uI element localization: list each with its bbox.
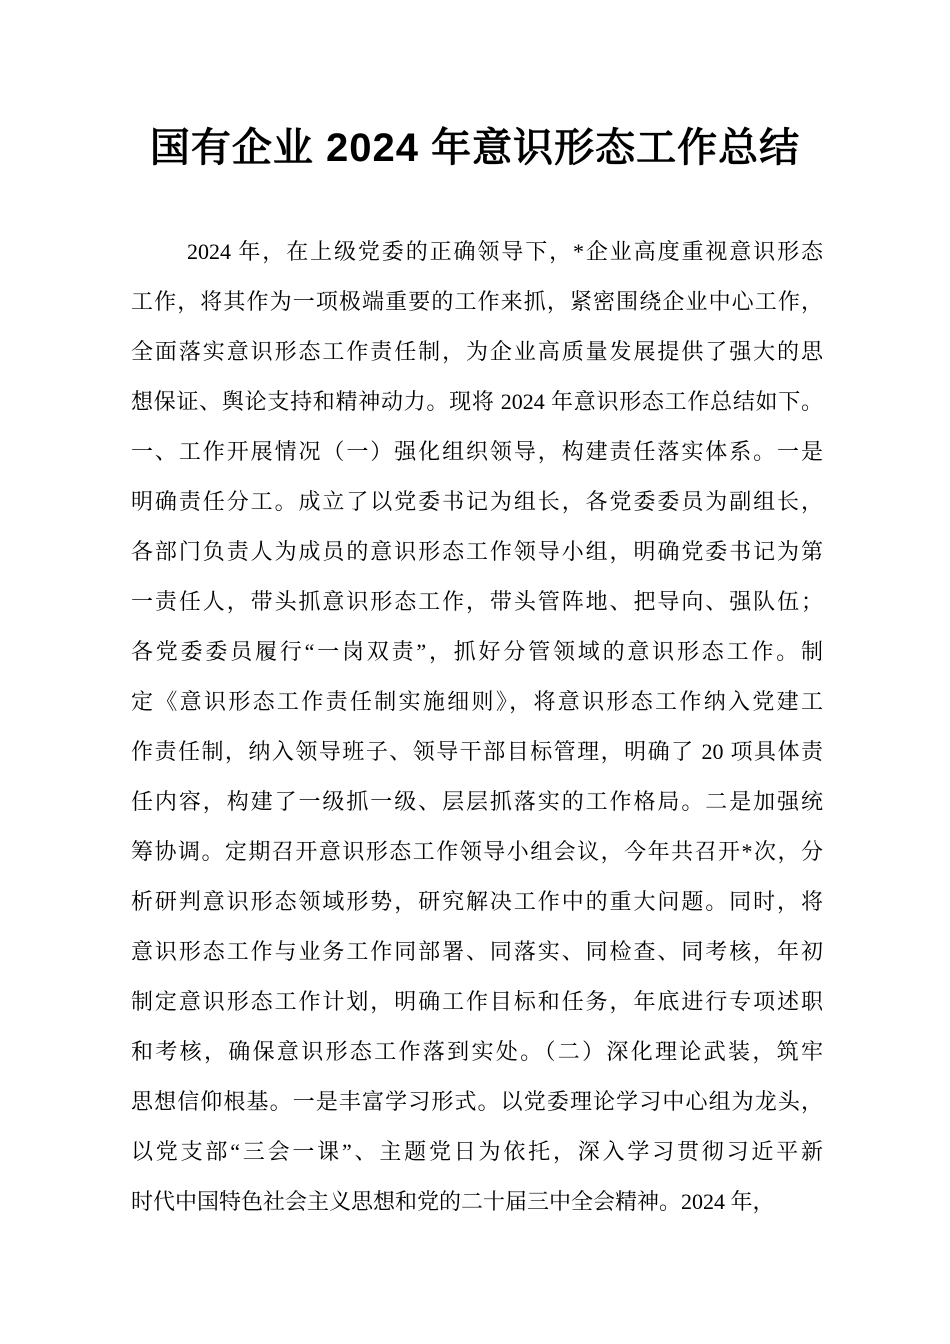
body-line: 以党支部“三会一课”、主题党日为依托，深入学习贯彻习近平新: [131, 1127, 823, 1177]
body-line: 一责任人，带头抓意识形态工作，带头管阵地、把导向、强队伍；: [131, 577, 823, 627]
body-line: 作责任制，纳入领导班子、领导干部目标管理，明确了 20 项具体责: [131, 727, 823, 777]
body-line: 各部门负责人为成员的意识形态工作领导小组，明确党委书记为第: [131, 527, 823, 577]
document-title: 国有企业 2024 年意识形态工作总结: [0, 126, 950, 170]
document-body: 2024 年，在上级党委的正确领导下，*企业高度重视意识形态 工作，将其作为一项…: [131, 227, 823, 1227]
body-line: 筹协调。定期召开意识形态工作领导小组会议，今年共召开*次，分: [131, 827, 823, 877]
body-line: 一、工作开展情况（一）强化组织领导，构建责任落实体系。一是: [131, 427, 823, 477]
body-line: 定《意识形态工作责任制实施细则》，将意识形态工作纳入党建工: [131, 677, 823, 727]
document-page: 国有企业 2024 年意识形态工作总结 2024 年，在上级党委的正确领导下，*…: [0, 0, 950, 1344]
body-line: 时代中国特色社会主义思想和党的二十届三中全会精神。2024 年，: [131, 1177, 823, 1227]
body-line: 意识形态工作与业务工作同部署、同落实、同检查、同考核，年初: [131, 927, 823, 977]
body-line: 想保证、舆论支持和精神动力。现将 2024 年意识形态工作总结如下。: [131, 377, 823, 427]
body-line: 任内容，构建了一级抓一级、层层抓落实的工作格局。二是加强统: [131, 777, 823, 827]
body-line: 制定意识形态工作计划，明确工作目标和任务，年底进行专项述职: [131, 977, 823, 1027]
body-line: 工作，将其作为一项极端重要的工作来抓，紧密围绕企业中心工作，: [131, 277, 823, 327]
body-line: 析研判意识形态领域形势，研究解决工作中的重大问题。同时，将: [131, 877, 823, 927]
body-line: 明确责任分工。成立了以党委书记为组长，各党委委员为副组长，: [131, 477, 823, 527]
body-line: 和考核，确保意识形态工作落到实处。（二）深化理论武装，筑牢: [131, 1027, 823, 1077]
body-line: 各党委委员履行“一岗双责”，抓好分管领域的意识形态工作。制: [131, 627, 823, 677]
body-line: 2024 年，在上级党委的正确领导下，*企业高度重视意识形态: [131, 227, 823, 277]
body-line: 思想信仰根基。一是丰富学习形式。以党委理论学习中心组为龙头，: [131, 1077, 823, 1127]
body-line: 全面落实意识形态工作责任制，为企业高质量发展提供了强大的思: [131, 327, 823, 377]
